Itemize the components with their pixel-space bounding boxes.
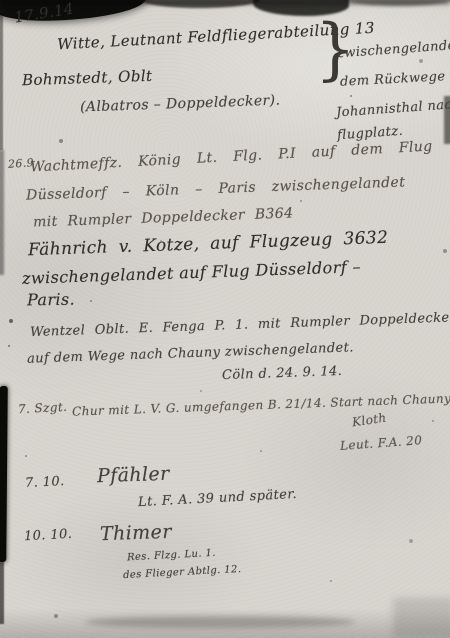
entry-date-top-left: 17.9.14 xyxy=(13,0,75,27)
entry1-line3: (Albatros – Doppeldecker). xyxy=(80,93,281,116)
entry6-margin-date: 7. 10. xyxy=(25,474,65,491)
entry1-note-line3: Johannisthal nach dem xyxy=(336,94,450,120)
entry5-margin-date: 7. Szgt. xyxy=(18,400,68,417)
scan-stain-top-2 xyxy=(140,0,260,8)
scan-stain-bottom-right xyxy=(393,598,450,638)
entry5-line1: Chur mit L. V. G. umgefangen B. 21/14. S… xyxy=(72,391,450,418)
entry5-signature-unit: Leut. F.A. 20 xyxy=(340,433,423,453)
entry6-name: Pfähler xyxy=(97,463,170,488)
entry1-line2: Bohmstedt, Oblt xyxy=(22,67,153,90)
entry3-line2: zwischengelandet auf Flug Düsseldorf – xyxy=(22,257,361,288)
scan-speckles xyxy=(0,0,2,2)
entry7-margin-date: 10. 10. xyxy=(24,527,73,545)
scan-stain-left-2 xyxy=(0,150,4,275)
entry7-line3: des Flieger Abtlg. 12. xyxy=(123,564,242,581)
scan-stain-left-1 xyxy=(0,0,3,150)
entry2-line2: Düsseldorf – Köln – Paris zwischengeland… xyxy=(26,174,406,203)
scan-stain-bottom-smudge xyxy=(85,616,355,628)
entry2-line1: Wachtmeffz. König Lt. Flg. P.I auf dem F… xyxy=(30,138,433,175)
scan-stain-left-3 xyxy=(0,562,4,624)
entry7-name: Thimer xyxy=(100,521,172,545)
scanned-page: 17.9.14 Witte, Leutnant Feldfliegerabtei… xyxy=(0,0,450,638)
entry5-signature: Kloth xyxy=(351,411,387,430)
entry3-line1: Fähnrich v. Kotze, auf Flugzeug 3632 xyxy=(28,228,389,261)
entry7-line2: Res. Flzg. Lu. 1. xyxy=(127,548,216,564)
entry6-line2: Lt. F. A. 39 und später. xyxy=(138,487,298,510)
scan-stain-left-bar xyxy=(0,386,8,562)
entry2-line3: mit Rumpler Doppeldecker B364 xyxy=(33,205,294,230)
entry3-line3: Paris. xyxy=(27,290,75,310)
scan-stain-top-4 xyxy=(343,0,450,6)
entry4-line3: Cöln d. 24. 9. 14. xyxy=(222,364,343,383)
entry4-line1: Wentzel Oblt. E. Fenga P. 1. mit Rumpler… xyxy=(30,309,450,340)
entry4-line2: auf dem Wege nach Chauny zwischengelande… xyxy=(27,340,354,366)
scan-stain-bottom-band xyxy=(0,608,450,638)
